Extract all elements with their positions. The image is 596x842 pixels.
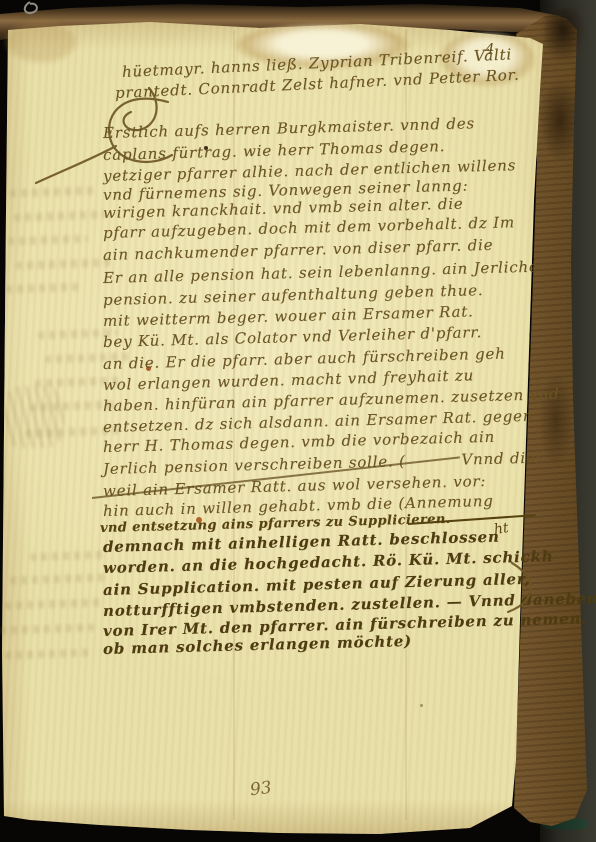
corner-wear bbox=[544, 8, 586, 62]
folio-number: 93 bbox=[249, 778, 273, 800]
marginal-mark: ht bbox=[493, 520, 510, 538]
ink-speck bbox=[420, 704, 423, 707]
bleedthrough-blotch bbox=[4, 386, 64, 448]
photo-stage: 4 hüetmayr. hanns ließ. Zyprian Tribenre… bbox=[0, 0, 596, 842]
water-stain bbox=[6, 22, 76, 62]
